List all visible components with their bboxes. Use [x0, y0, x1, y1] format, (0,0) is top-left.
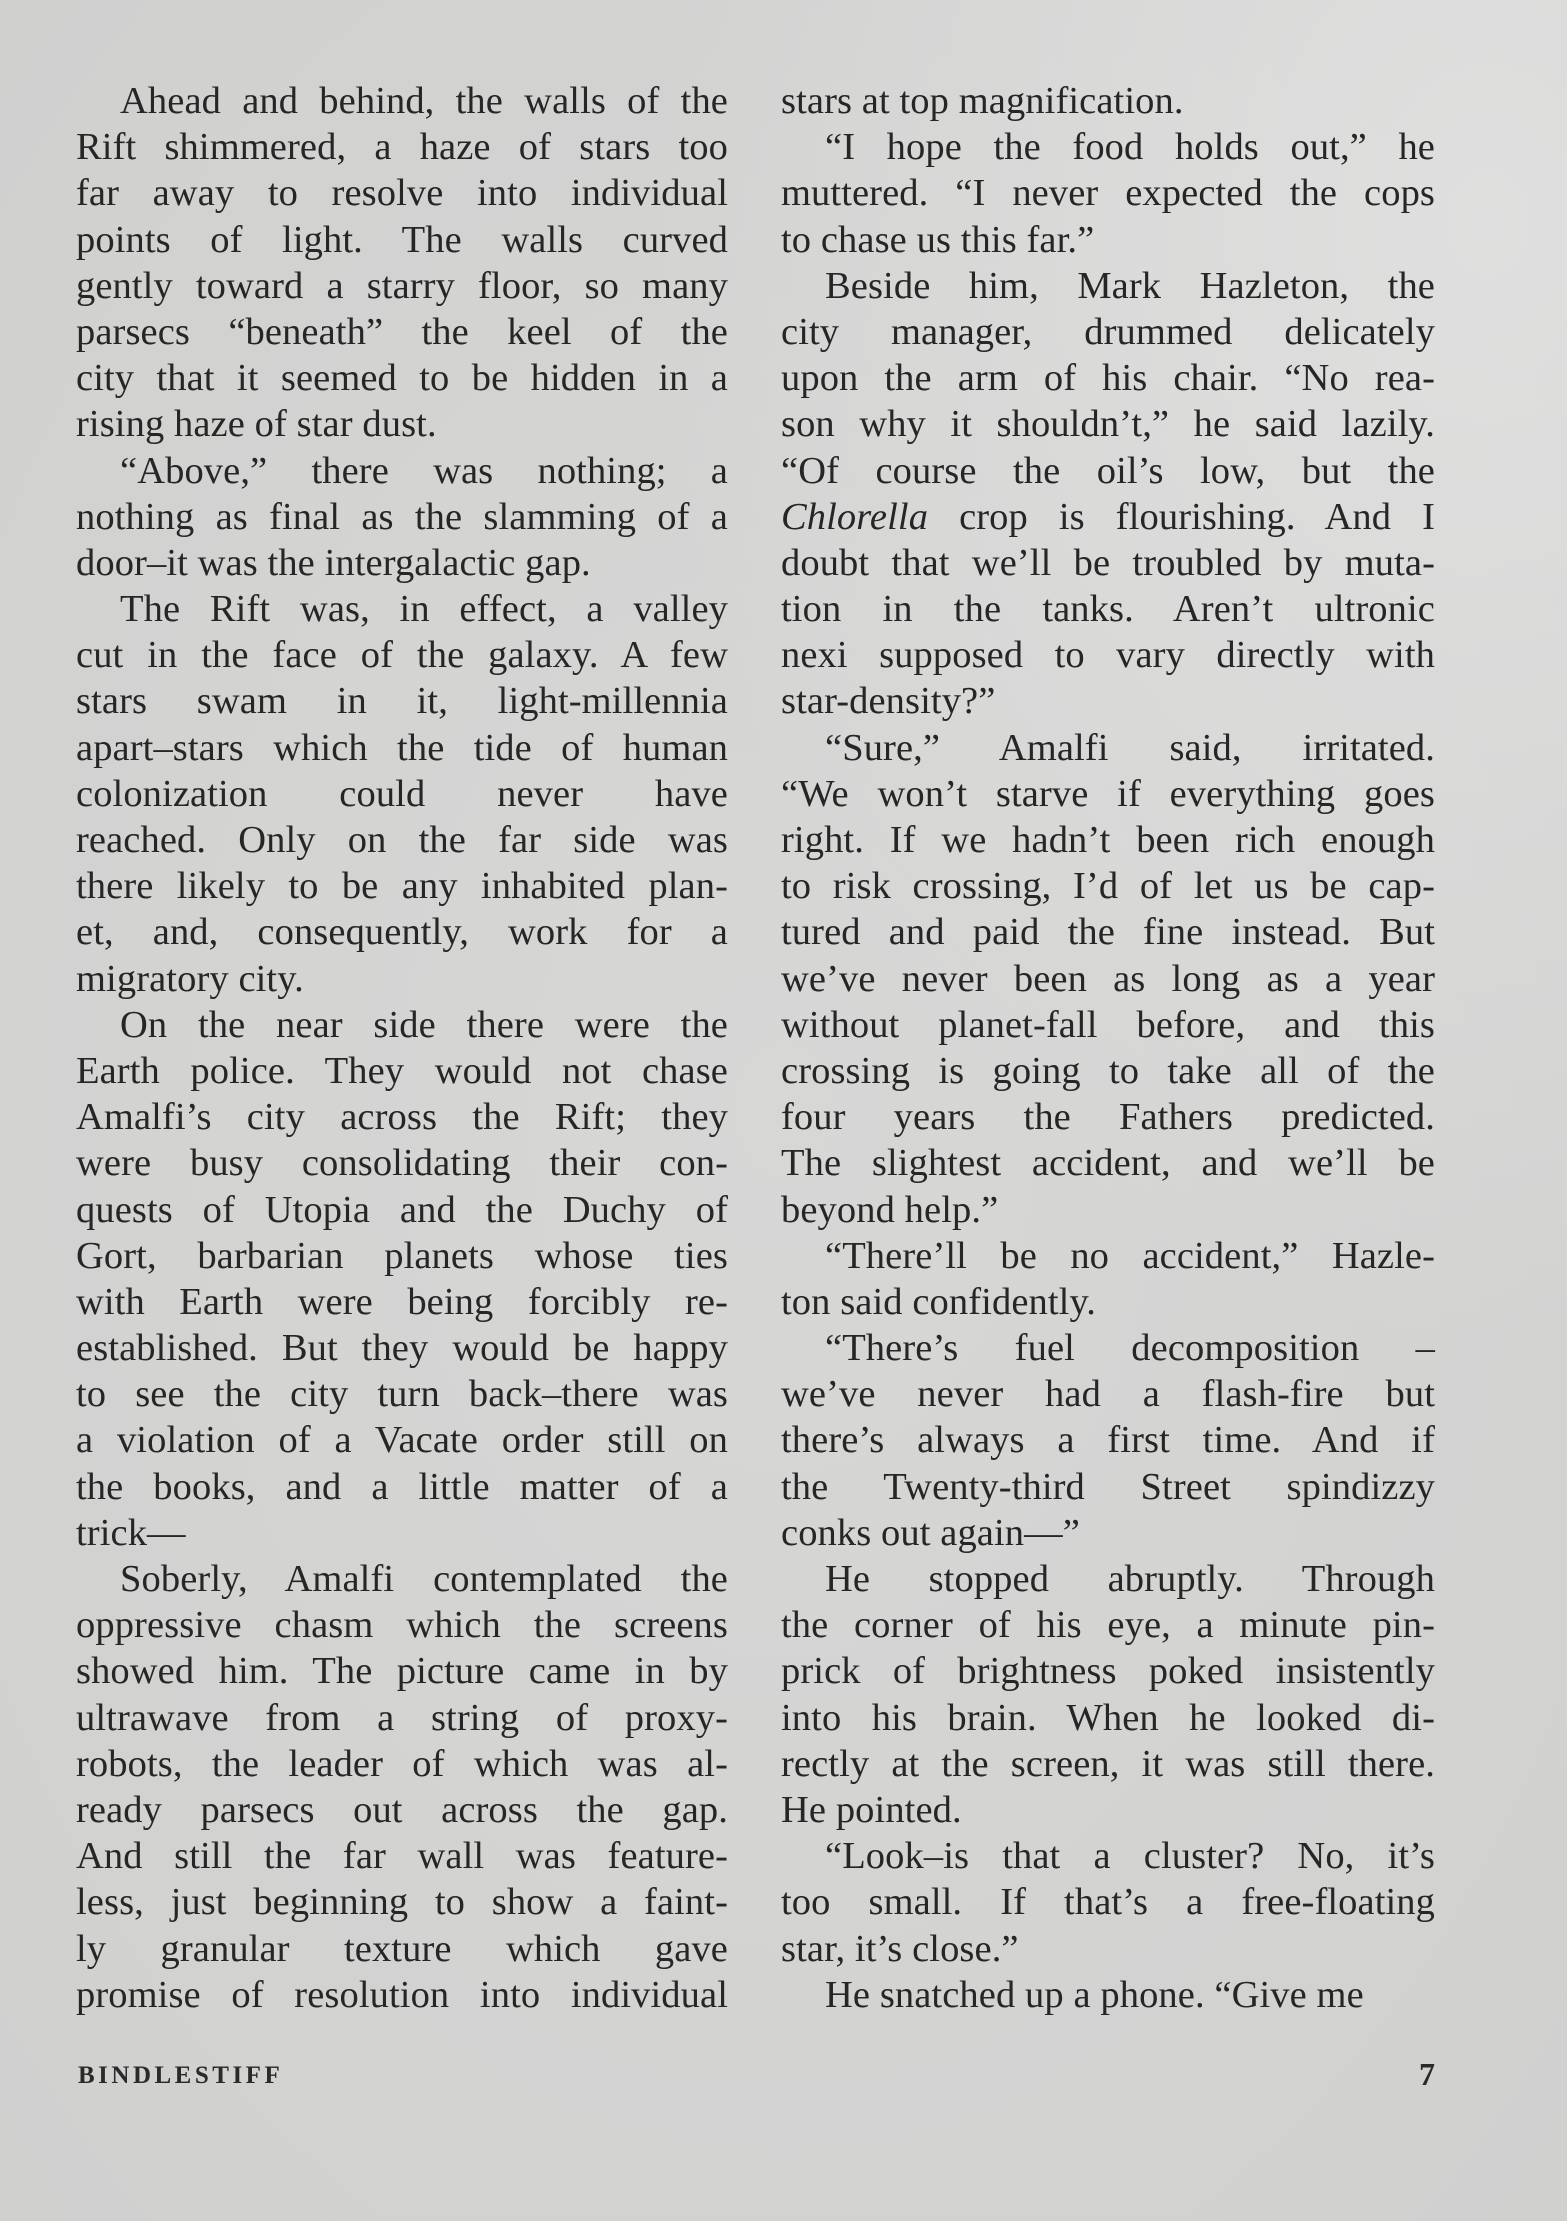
text-column-left: Ahead and behind, the walls of theRift s…	[76, 78, 728, 2018]
text-line: tured and paid the fine instead. But	[781, 909, 1435, 955]
text-line: The slightest accident, and we’ll be	[781, 1140, 1435, 1186]
text-line: far away to resolve into individual	[76, 170, 728, 216]
paragraph: “I hope the food holds out,” hemuttered.…	[781, 124, 1435, 263]
text-line: star, it’s close.”	[781, 1926, 1435, 1972]
text-line: apart–stars which the tide of human	[76, 725, 728, 771]
text-line: oppressive chasm which the screens	[76, 1602, 728, 1648]
paragraph: “There’ll be no accident,” Hazle-ton sai…	[781, 1233, 1435, 1325]
text-line: city manager, drummed delicately	[781, 309, 1435, 355]
text-line: He pointed.	[781, 1787, 1435, 1833]
text-line: too small. If that’s a free-floating	[781, 1879, 1435, 1925]
text-line: ready parsecs out across the gap.	[76, 1787, 728, 1833]
text-line: crossing is going to take all of the	[781, 1048, 1435, 1094]
text-line: showed him. The picture came in by	[76, 1648, 728, 1694]
text-line: the corner of his eye, a minute pin-	[781, 1602, 1435, 1648]
text-line: points of light. The walls curved	[76, 217, 728, 263]
paragraph: Soberly, Amalfi contemplated theoppressi…	[76, 1556, 728, 2018]
text-line: Amalfi’s city across the Rift; they	[76, 1094, 728, 1140]
text-line: cut in the face of the galaxy. A few	[76, 632, 728, 678]
text-line: Soberly, Amalfi contemplated the	[76, 1556, 728, 1602]
text-line: prick of brightness poked insistently	[781, 1648, 1435, 1694]
page-footer: BINDLESTIFF 7	[78, 2058, 1435, 2098]
italic-term: Chlorella	[781, 496, 928, 538]
text-line: “Of course the oil’s low, but the	[781, 448, 1435, 494]
text-line: to see the city turn back–there was	[76, 1371, 728, 1417]
text-line: there’s always a first time. And if	[781, 1417, 1435, 1463]
text-line: nothing as final as the slamming of a	[76, 494, 728, 540]
text-line: rising haze of star dust.	[76, 401, 728, 447]
text-line: The Rift was, in effect, a valley	[76, 586, 728, 632]
text-line: Rift shimmered, a haze of stars too	[76, 124, 728, 170]
text-line: And still the far wall was feature-	[76, 1833, 728, 1879]
text-line: gently toward a starry floor, so many	[76, 263, 728, 309]
text-line: a violation of a Vacate order still on	[76, 1417, 728, 1463]
paragraph: Beside him, Mark Hazleton, thecity manag…	[781, 263, 1435, 725]
text-line: tion in the tanks. Aren’t ultronic	[781, 586, 1435, 632]
text-line: quests of Utopia and the Duchy of	[76, 1187, 728, 1233]
text-line: promise of resolution into individual	[76, 1972, 728, 2018]
paragraph: “Look–is that a cluster? No, it’stoo sma…	[781, 1833, 1435, 1972]
paragraph: Ahead and behind, the walls of theRift s…	[76, 78, 728, 448]
text-line: nexi supposed to vary directly with	[781, 632, 1435, 678]
text-line: colonization could never have	[76, 771, 728, 817]
text-line: city that it seemed to be hidden in a	[76, 355, 728, 401]
text-line: “Sure,” Amalfi said, irritated.	[781, 725, 1435, 771]
text-line: parsecs “beneath” the keel of the	[76, 309, 728, 355]
text-line: “We won’t starve if everything goes	[781, 771, 1435, 817]
text-line: there likely to be any inhabited plan-	[76, 863, 728, 909]
text-line: star-density?”	[781, 678, 1435, 724]
text-line: upon the arm of his chair. “No rea-	[781, 355, 1435, 401]
text-line: we’ve never been as long as a year	[781, 956, 1435, 1002]
text-line: son why it shouldn’t,” he said lazily.	[781, 401, 1435, 447]
text-line: trick—	[76, 1510, 728, 1556]
book-page: Ahead and behind, the walls of theRift s…	[0, 0, 1567, 2221]
text-line: doubt that we’ll be troubled by muta-	[781, 540, 1435, 586]
text-line: ton said confidently.	[781, 1279, 1435, 1325]
text-line: conks out again—”	[781, 1510, 1435, 1556]
text-line: beyond help.”	[781, 1187, 1435, 1233]
text-line: the books, and a little matter of a	[76, 1464, 728, 1510]
text-line: migratory city.	[76, 956, 728, 1002]
text-line: Ahead and behind, the walls of the	[76, 78, 728, 124]
paragraph: “There’s fuel decomposition –we’ve never…	[781, 1325, 1435, 1556]
paragraph: stars at top magnification.	[781, 78, 1435, 124]
paragraph: He stopped abruptly. Throughthe corner o…	[781, 1556, 1435, 1833]
text-line: established. But they would be happy	[76, 1325, 728, 1371]
text-line: reached. Only on the far side was	[76, 817, 728, 863]
text-line: without planet-fall before, and this	[781, 1002, 1435, 1048]
paragraph: “Sure,” Amalfi said, irritated.“We won’t…	[781, 725, 1435, 1233]
text-line: robots, the leader of which was al-	[76, 1741, 728, 1787]
text-line: four years the Fathers predicted.	[781, 1094, 1435, 1140]
text-line: stars at top magnification.	[781, 78, 1435, 124]
text-line: stars swam in it, light-millennia	[76, 678, 728, 724]
text-line: On the near side there were the	[76, 1002, 728, 1048]
text-line: to risk crossing, I’d of let us be cap-	[781, 863, 1435, 909]
text-line: less, just beginning to show a faint-	[76, 1879, 728, 1925]
paragraph: On the near side there were theEarth pol…	[76, 1002, 728, 1556]
text-line: Earth police. They would not chase	[76, 1048, 728, 1094]
text-line: Beside him, Mark Hazleton, the	[781, 263, 1435, 309]
text-line: door–it was the intergalactic gap.	[76, 540, 728, 586]
text-line: into his brain. When he looked di-	[781, 1695, 1435, 1741]
text-line: were busy consolidating their con-	[76, 1140, 728, 1186]
paragraph: He snatched up a phone. “Give me	[781, 1972, 1435, 2018]
text-line: muttered. “I never expected the cops	[781, 170, 1435, 216]
text-line: et, and, consequently, work for a	[76, 909, 728, 955]
running-title: BINDLESTIFF	[78, 2062, 283, 2090]
text-line: Gort, barbarian planets whose ties	[76, 1233, 728, 1279]
page-number: 7	[1419, 2056, 1435, 2093]
text-line: with Earth were being forcibly re-	[76, 1279, 728, 1325]
text-line: right. If we hadn’t been rich enough	[781, 817, 1435, 863]
text-column-right: stars at top magnification.“I hope the f…	[781, 78, 1435, 2018]
text-line: ultrawave from a string of proxy-	[76, 1695, 728, 1741]
text-line: “I hope the food holds out,” he	[781, 124, 1435, 170]
text-line: He snatched up a phone. “Give me	[781, 1972, 1435, 2018]
paragraph: The Rift was, in effect, a valleycut in …	[76, 586, 728, 1002]
paragraph: “Above,” there was nothing; anothing as …	[76, 448, 728, 587]
text-line: “There’s fuel decomposition –	[781, 1325, 1435, 1371]
text-line: He stopped abruptly. Through	[781, 1556, 1435, 1602]
text-line: we’ve never had a flash-fire but	[781, 1371, 1435, 1417]
text-line: “Look–is that a cluster? No, it’s	[781, 1833, 1435, 1879]
text-line: to chase us this far.”	[781, 217, 1435, 263]
text-line: rectly at the screen, it was still there…	[781, 1741, 1435, 1787]
text-line: Chlorella crop is flourishing. And I	[781, 494, 1435, 540]
text-line: “Above,” there was nothing; a	[76, 448, 728, 494]
text-line: the Twenty-third Street spindizzy	[781, 1464, 1435, 1510]
text-line: “There’ll be no accident,” Hazle-	[781, 1233, 1435, 1279]
text-line: ly granular texture which gave	[76, 1926, 728, 1972]
